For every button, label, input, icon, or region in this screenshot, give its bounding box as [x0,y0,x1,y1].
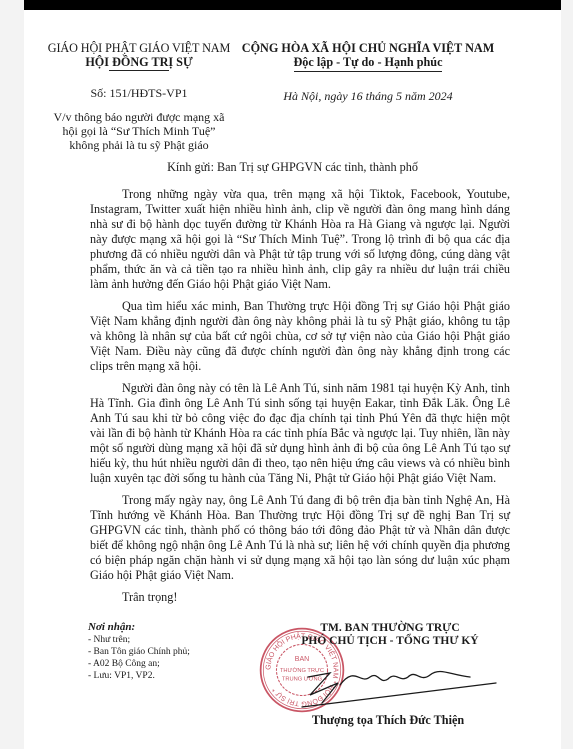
header-left: GIÁO HỘI PHẬT GIÁO VIỆT NAM HỘI ĐỒNG TRỊ… [36,41,242,152]
signature-line-2: PHÓ CHỦ TỊCH - TỔNG THƯ KÝ [290,635,490,648]
body-paragraph: Qua tìm hiểu xác minh, Ban Thường trực H… [90,299,510,374]
body-paragraph: Người đàn ông này có tên là Lê Anh Tú, s… [90,381,510,486]
signer-name: Thượng tọa Thích Đức Thiện [268,713,508,728]
council-name: HỘI ĐỒNG TRỊ SỰ [85,55,192,69]
subject-line: V/v thông báo người được mạng xã [36,110,242,124]
signature-title: TM. BAN THƯỜNG TRỰC PHÓ CHỦ TỊCH - TỔNG … [290,622,490,648]
recipients-title: Nơi nhận: [88,620,190,634]
document-subject: V/v thông báo người được mạng xã hội gọi… [36,110,242,152]
recipient-item: - A02 Bộ Công an; [88,658,190,670]
letter-body: Trong những ngày vừa qua, trên mạng xã h… [90,187,510,612]
top-black-bar [24,0,561,10]
recipient-item: - Ban Tôn giáo Chính phủ; [88,646,190,658]
nation-name: CỘNG HÒA XÃ HỘI CHỦ NGHĨA VIỆT NAM [218,41,518,55]
recipient-item: - Như trên; [88,634,190,646]
signature-line-1: TM. BAN THƯỜNG TRỰC [290,622,490,635]
organization-name: GIÁO HỘI PHẬT GIÁO VIỆT NAM [36,41,242,55]
header-right: CỘNG HÒA XÃ HỘI CHỦ NGHĨA VIỆT NAM Độc l… [218,41,518,103]
recipients-block: Nơi nhận: - Như trên; - Ban Tôn giáo Chí… [88,620,190,682]
body-paragraph: Trong những ngày vừa qua, trên mạng xã h… [90,187,510,292]
handwritten-signature-icon [300,655,500,715]
subject-line: hội gọi là “Sư Thích Minh Tuệ” [36,124,242,138]
document-number: Số: 151/HĐTS-VP1 [36,86,242,100]
salutation: Kính gửi: Ban Trị sự GHPGVN các tỉnh, th… [24,160,561,175]
national-motto: Độc lập - Tự do - Hạnh phúc [294,55,443,69]
body-paragraph: Trong mấy ngày nay, ông Lê Anh Tú đang đ… [90,493,510,583]
place-date: Hà Nội, ngày 16 tháng 5 năm 2024 [218,89,518,103]
recipient-item: - Lưu: VP1, VP2. [88,670,190,682]
subject-line: không phải là tu sỹ Phật giáo [36,138,242,152]
closing: Trân trọng! [90,590,510,605]
